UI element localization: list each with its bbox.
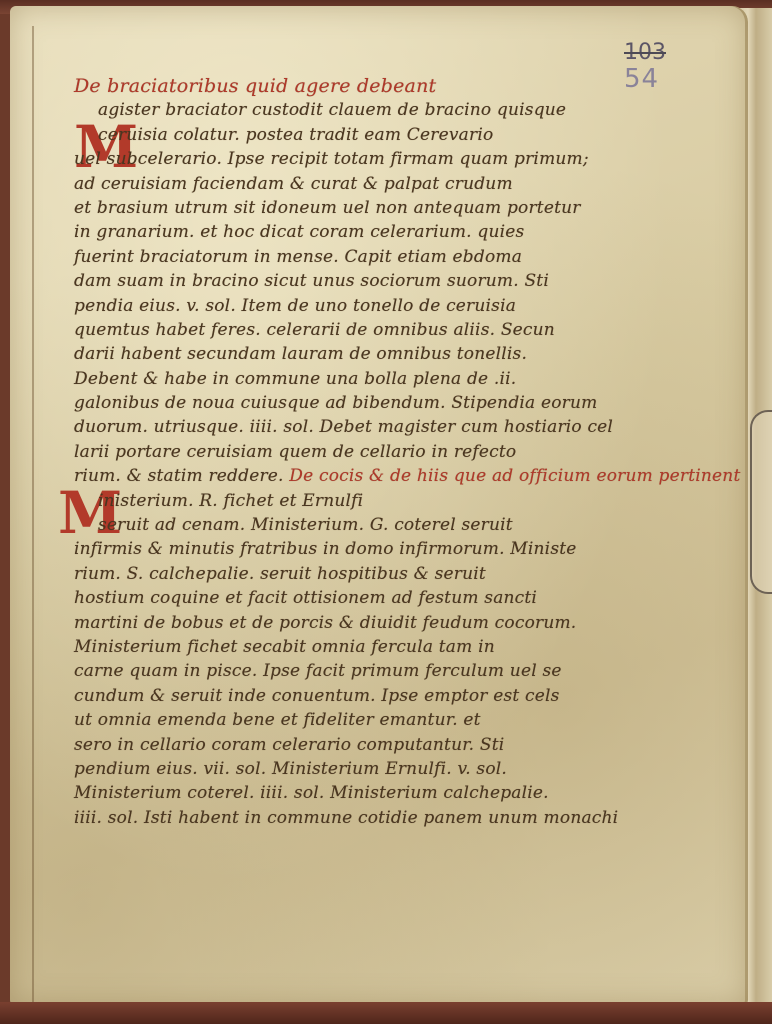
text-block: De braciatoribus quid agere debeant agis… xyxy=(74,74,664,830)
text-line: seruit ad cenam. Ministerium. G. coterel… xyxy=(74,513,664,537)
text-line: larii portare ceruisiam quem de cellario… xyxy=(74,440,664,464)
text-line: ceruisia colatur. postea tradit eam Cere… xyxy=(74,123,664,147)
page-tab-marker xyxy=(750,410,772,594)
text-line: galonibus de noua cuiusque ad bibendum. … xyxy=(74,391,664,415)
text-line: in granarium. et hoc dicat coram celerar… xyxy=(74,220,664,244)
text-line: iiii. sol. Isti habent in commune cotidi… xyxy=(74,806,664,830)
text-line: quemtus habet feres. celerarii de omnibu… xyxy=(74,318,664,342)
text-line: Ministerium coterel. iiii. sol. Minister… xyxy=(74,781,664,805)
text-line: ut omnia emenda bene et fideliter emantu… xyxy=(74,708,664,732)
text-line: pendium eius. vii. sol. Ministerium Ernu… xyxy=(74,757,664,781)
text-line: inisterium. R. fichet et Ernulfi xyxy=(74,489,664,513)
text-line: fuerint braciatorum in mense. Capit etia… xyxy=(74,245,664,269)
text-line: Debent & habe in commune una bolla plena… xyxy=(74,367,664,391)
text-line: duorum. utriusque. iiii. sol. Debet magi… xyxy=(74,415,664,439)
text-line: uel subcelerario. Ipse recipit totam fir… xyxy=(74,147,664,171)
text-line: ad ceruisiam faciendam & curat & palpat … xyxy=(74,172,664,196)
section-heading: De cocis & de hiis que ad officium eorum… xyxy=(289,466,740,486)
text-line: hostium coquine et facit ottisionem ad f… xyxy=(74,586,664,610)
gutter-fold xyxy=(32,26,34,1006)
text-line: agister braciator custodit clauem de bra… xyxy=(74,98,664,122)
text-line: dam suam in bracino sicut unus sociorum … xyxy=(74,269,664,293)
text-line: carne quam in pisce. Ipse facit primum f… xyxy=(74,659,664,683)
text-line: rium. S. calchepalie. seruit hospitibus … xyxy=(74,562,664,586)
text-fragment: rium. & statim reddere. xyxy=(74,466,284,486)
text-line: infirmis & minutis fratribus in domo inf… xyxy=(74,537,664,561)
section-heading: De braciatoribus quid agere debeant xyxy=(74,74,664,98)
text-line: rium. & statim reddere. De cocis & de hi… xyxy=(74,464,664,488)
text-line: cundum & seruit inde conuentum. Ipse emp… xyxy=(74,684,664,708)
text-line: Ministerium fichet secabit omnia fercula… xyxy=(74,635,664,659)
text-line: sero in cellario coram celerario computa… xyxy=(74,733,664,757)
text-line: pendia eius. v. sol. Item de uno tonello… xyxy=(74,294,664,318)
text-line: darii habent secundam lauram de omnibus … xyxy=(74,342,664,366)
text-line: et brasium utrum sit idoneum uel non ant… xyxy=(74,196,664,220)
struck-folio-number: 103 xyxy=(624,40,666,66)
book-binding-bottom xyxy=(0,1002,772,1024)
text-line: martini de bobus et de porcis & diuidit … xyxy=(74,611,664,635)
